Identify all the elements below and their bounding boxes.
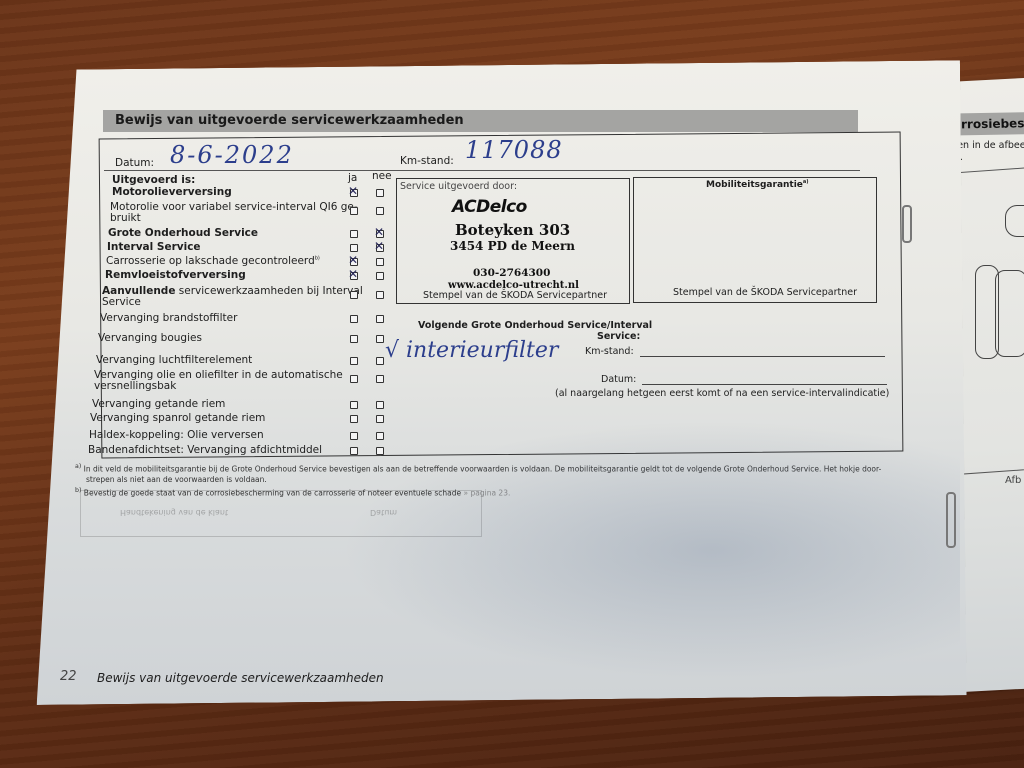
- checklist-item-text: Motorolieverversing: [112, 186, 232, 198]
- checklist-item-label: Interval Service: [107, 241, 201, 253]
- right-figure-caption: Afb: [1005, 475, 1021, 486]
- footnote-a-line2: strepen als niet aan de voorwaarden is v…: [86, 475, 267, 484]
- checkbox-ja[interactable]: [350, 272, 358, 280]
- next-service-title-line1: Volgende Grote Onderhoud Service/Interva…: [418, 320, 652, 331]
- checkbox-ja[interactable]: [350, 432, 358, 440]
- checklist-item-label: Aanvullende servicewerkzaamheden bij Int…: [102, 285, 363, 297]
- checkbox-ja[interactable]: [350, 244, 358, 252]
- checklist-item-text: Carrosserie op lakschade gecontroleerd: [106, 255, 315, 267]
- checklist-item-label: Vervanging bougies: [98, 332, 202, 344]
- checkbox-nee[interactable]: [376, 272, 384, 280]
- footnote-b-text: Bevestig de goede staat van de corrosieb…: [84, 489, 461, 498]
- divider: [104, 170, 860, 171]
- checklist-item-text: Vervanging bougies: [98, 332, 202, 344]
- checklist-item-label-line2: versnellingsbak: [94, 380, 176, 392]
- show-through-text: Datum: [370, 508, 397, 517]
- binding-ring: [902, 205, 912, 243]
- checkbox-ja[interactable]: [350, 335, 358, 343]
- checkbox-ja[interactable]: [350, 375, 358, 383]
- checkbox-nee[interactable]: [376, 315, 384, 323]
- checkbox-nee[interactable]: [376, 258, 384, 266]
- checklist-item-text: Motorolie voor variabel service-interval…: [110, 201, 358, 213]
- km-stand-value[interactable]: 117088: [465, 136, 563, 164]
- car-diagram-icon: [995, 270, 1024, 357]
- checkbox-ja[interactable]: [350, 189, 358, 197]
- checklist-item-label: Remvloeistofverversing: [105, 269, 246, 281]
- footnote-a-mark: a): [75, 463, 81, 470]
- footnote-b-mark: b): [75, 487, 81, 494]
- checkbox-ja[interactable]: [350, 258, 358, 266]
- datum-label: Datum:: [115, 157, 154, 169]
- handwritten-note: √ interieurfilter: [385, 338, 558, 363]
- checkbox-nee[interactable]: [376, 375, 384, 383]
- next-datum-field[interactable]: [642, 384, 887, 385]
- stamp-heading: Service uitgevoerd door:: [400, 181, 517, 192]
- next-service-note: (al naargelang hetgeen eerst komt of na …: [555, 388, 889, 399]
- checkbox-ja[interactable]: [350, 357, 358, 365]
- checklist-item-text: Remvloeistofverversing: [105, 269, 246, 281]
- mobility-footnote-mark: a): [803, 179, 809, 185]
- checklist-item-label: Grote Onderhoud Service: [108, 227, 258, 239]
- acdelco-logo: ACDelco: [452, 197, 527, 217]
- checkbox-nee[interactable]: [376, 447, 384, 455]
- checkbox-nee[interactable]: [376, 415, 384, 423]
- next-km-label: Km-stand:: [585, 346, 634, 357]
- checklist-item-label: Bandenafdichtset: Vervanging afdichtmidd…: [88, 444, 322, 456]
- car-mirror-icon: [1005, 205, 1024, 237]
- next-datum-label: Datum:: [601, 374, 636, 385]
- show-through-text: Handtekening van de klant: [120, 508, 228, 517]
- page-link[interactable]: » pagina 23.: [464, 489, 511, 498]
- mobility-heading-text: Mobiliteitsgarantie: [706, 180, 803, 190]
- mobility-caption: Stempel van de ŠKODA Servicepartner: [673, 287, 857, 298]
- page-number: 22: [60, 669, 77, 684]
- footnote-a: a) In dit veld de mobiliteitsgarantie bi…: [75, 463, 881, 474]
- checklist-item-label: Haldex-koppeling: Olie verversen: [89, 429, 264, 441]
- dealer-address-line2: 3454 PD de Meern: [450, 239, 575, 253]
- dealer-address-line1: Boteyken 303: [455, 221, 570, 239]
- checklist-item-label-line2: bruikt: [110, 212, 141, 224]
- binding-ring: [946, 492, 956, 548]
- checkbox-ja[interactable]: [350, 447, 358, 455]
- checkbox-nee[interactable]: [376, 335, 384, 343]
- section-title: Bewijs van uitgevoerde servicewerkzaamhe…: [103, 110, 858, 132]
- checklist-item-label: Motorolie voor variabel service-interval…: [110, 201, 358, 213]
- checklist-item-text: Vervanging luchtfilterelement: [96, 354, 252, 366]
- checkbox-nee[interactable]: [376, 230, 384, 238]
- column-nee: nee: [372, 170, 392, 182]
- checklist-item-text: Interval Service: [107, 241, 201, 253]
- checkbox-ja[interactable]: [350, 415, 358, 423]
- checklist-item-label: Carrosserie op lakschade gecontroleerdb): [106, 255, 320, 267]
- checklist-item-text: Vervanging getande riem: [92, 398, 225, 410]
- footnote-a-text: In dit veld de mobiliteitsgarantie bij d…: [84, 465, 882, 474]
- checklist-item-label: Vervanging spanrol getande riem: [90, 412, 265, 424]
- checklist-item-text: Haldex-koppeling: Olie verversen: [89, 429, 264, 441]
- checklist-item-text: Grote Onderhoud Service: [108, 227, 258, 239]
- footer-title: Bewijs van uitgevoerde servicewerkzaamhe…: [97, 671, 384, 685]
- checklist-item-label: Vervanging luchtfilterelement: [96, 354, 252, 366]
- checklist-item-label: Motorolieverversing: [112, 186, 232, 198]
- checklist-item-text: Vervanging brandstoffilter: [100, 312, 237, 324]
- checkbox-nee[interactable]: [376, 432, 384, 440]
- checklist-item-label: Vervanging brandstoffilter: [100, 312, 237, 324]
- datum-value[interactable]: 8-6-2022: [170, 141, 294, 169]
- checklist-item-label-line2: Service: [102, 296, 141, 308]
- checklist-item-label: Vervanging getande riem: [92, 398, 225, 410]
- checklist-item-text: Bandenafdichtset: Vervanging afdichtmidd…: [88, 444, 322, 456]
- uitgevoerd-label: Uitgevoerd is:: [112, 174, 195, 186]
- next-km-field[interactable]: [640, 356, 885, 357]
- checkbox-ja[interactable]: [350, 230, 358, 238]
- footnote-b: b) Bevestig de goede staat van de corros…: [75, 487, 510, 498]
- stamp-caption: Stempel van de ŠKODA Servicepartner: [423, 290, 607, 301]
- checkbox-nee[interactable]: [376, 189, 384, 197]
- checkbox-ja[interactable]: [350, 291, 358, 299]
- checkbox-ja[interactable]: [350, 401, 358, 409]
- km-stand-label: Km-stand:: [400, 155, 454, 167]
- checkbox-ja[interactable]: [350, 315, 358, 323]
- checkbox-nee[interactable]: [376, 357, 384, 365]
- next-service-title-line2: Service:: [597, 331, 640, 342]
- dealer-phone: 030-2764300: [473, 267, 550, 279]
- checkbox-nee[interactable]: [376, 401, 384, 409]
- mobility-guarantee-box: [633, 177, 877, 303]
- column-ja: ja: [348, 172, 357, 184]
- checkbox-nee[interactable]: [376, 291, 384, 299]
- footnote-mark: b): [315, 256, 320, 262]
- checkbox-nee[interactable]: [376, 244, 384, 252]
- checklist-item-text: Vervanging spanrol getande riem: [90, 412, 265, 424]
- checklist-item-text: servicewerkzaamheden bij Interval: [175, 285, 362, 297]
- checkbox-nee[interactable]: [376, 207, 384, 215]
- checkbox-ja[interactable]: [350, 207, 358, 215]
- mobility-heading: Mobiliteitsgarantiea): [706, 179, 809, 190]
